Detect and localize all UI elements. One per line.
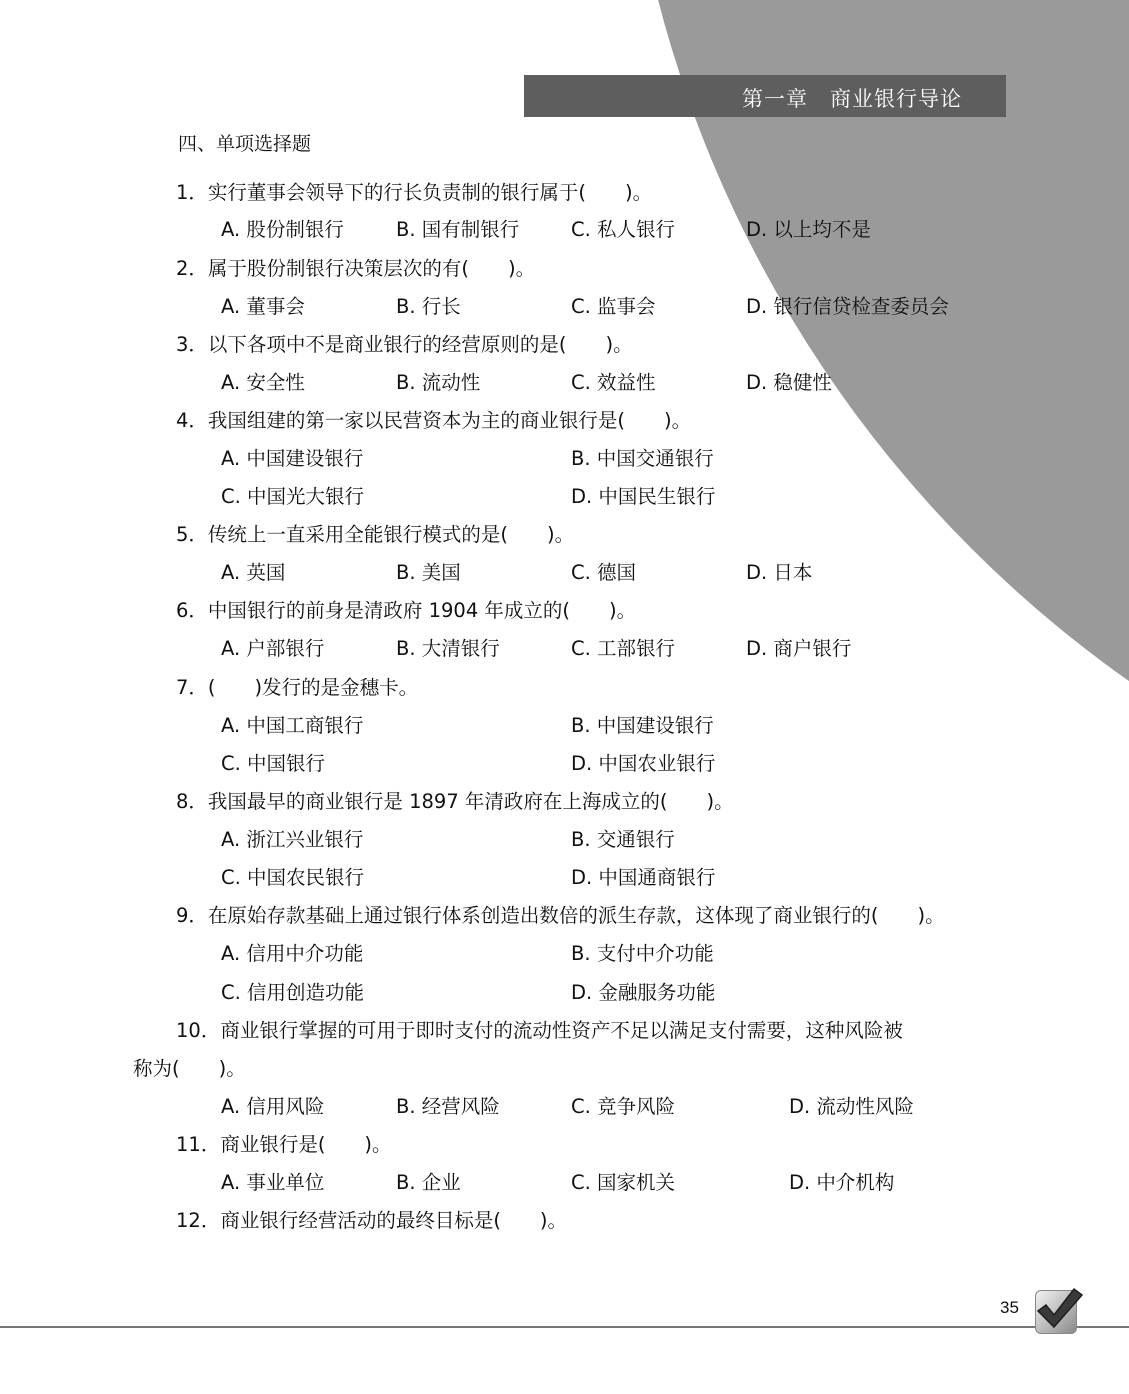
option-a: A. 事业单位 xyxy=(221,1170,324,1196)
question-stem: 7．( )发行的是金穗卡。 xyxy=(176,675,418,701)
question-stem: 2．属于股份制银行决策层次的有( )。 xyxy=(176,256,535,282)
option-d: D. 流动性风险 xyxy=(789,1094,914,1120)
option-c: C. 工部银行 xyxy=(571,636,675,662)
option-a: A. 中国建设银行 xyxy=(221,446,363,472)
option-c: C. 中国银行 xyxy=(221,751,325,777)
chapter-header-bar: 第一章 商业银行导论 xyxy=(524,75,1006,117)
section-heading: 四、单项选择题 xyxy=(178,131,311,157)
question-stem: 6．中国银行的前身是清政府 1904 年成立的( )。 xyxy=(176,598,636,624)
option-a: A. 股份制银行 xyxy=(221,217,344,243)
option-d: D. 中国农业银行 xyxy=(571,751,715,777)
footer-divider xyxy=(0,1326,1129,1328)
option-b: B. 美国 xyxy=(396,560,461,586)
question-stem-continuation: 称为( )。 xyxy=(133,1056,246,1082)
question-stem: 3．以下各项中不是商业银行的经营原则的是( )。 xyxy=(176,332,633,358)
question-stem: 8．我国最早的商业银行是 1897 年清政府在上海成立的( )。 xyxy=(176,789,734,815)
option-c: C. 德国 xyxy=(571,560,636,586)
question-stem: 9．在原始存款基础上通过银行体系创造出数倍的派生存款，这体现了商业银行的( )。 xyxy=(176,903,945,929)
option-b: B. 支付中介功能 xyxy=(571,941,714,967)
option-c: C. 信用创造功能 xyxy=(221,980,364,1006)
option-d: D. 银行信贷检查委员会 xyxy=(746,294,949,320)
option-a: A. 安全性 xyxy=(221,370,305,396)
question-stem: 4．我国组建的第一家以民营资本为主的商业银行是( )。 xyxy=(176,408,691,434)
option-d: D. 以上均不是 xyxy=(746,217,871,243)
option-c: C. 监事会 xyxy=(571,294,656,320)
option-d: D. 日本 xyxy=(746,560,812,586)
option-b: B. 行长 xyxy=(396,294,461,320)
option-d: D. 商户银行 xyxy=(746,636,851,662)
option-b: B. 国有制银行 xyxy=(396,217,519,243)
question-stem: 12．商业银行经营活动的最终目标是( )。 xyxy=(176,1208,567,1234)
option-a: A. 浙江兴业银行 xyxy=(221,827,363,853)
option-c: C. 私人银行 xyxy=(571,217,675,243)
option-b: B. 流动性 xyxy=(396,370,480,396)
checkmark-icon xyxy=(1035,1290,1077,1334)
option-a: A. 中国工商银行 xyxy=(221,713,363,739)
option-a: A. 英国 xyxy=(221,560,285,586)
option-d: D. 金融服务功能 xyxy=(571,980,715,1006)
option-b: B. 交通银行 xyxy=(571,827,675,853)
question-stem: 5．传统上一直采用全能银行模式的是( )。 xyxy=(176,522,574,548)
option-c: C. 效益性 xyxy=(571,370,656,396)
option-b: B. 大清银行 xyxy=(396,636,500,662)
option-c: C. 国家机关 xyxy=(571,1170,675,1196)
option-c: C. 中国农民银行 xyxy=(221,865,364,891)
option-b: B. 企业 xyxy=(396,1170,461,1196)
page-number: 35 xyxy=(1000,1298,1019,1318)
question-stem: 11．商业银行是( )。 xyxy=(176,1132,392,1158)
option-b: B. 中国交通银行 xyxy=(571,446,714,472)
question-stem: 1．实行董事会领导下的行长负责制的银行属于( )。 xyxy=(176,180,652,206)
decorative-arc xyxy=(0,0,1129,1394)
option-a: A. 信用风险 xyxy=(221,1094,324,1120)
option-a: A. 信用中介功能 xyxy=(221,941,363,967)
option-d: D. 中介机构 xyxy=(789,1170,894,1196)
option-b: B. 经营风险 xyxy=(396,1094,500,1120)
chapter-title: 第一章 商业银行导论 xyxy=(742,83,962,113)
question-stem: 10．商业银行掌握的可用于即时支付的流动性资产不足以满足支付需要，这种风险被 xyxy=(176,1018,903,1044)
option-b: B. 中国建设银行 xyxy=(571,713,714,739)
option-a: A. 董事会 xyxy=(221,294,305,320)
option-d: D. 中国民生银行 xyxy=(571,484,715,510)
option-d: D. 稳健性 xyxy=(746,370,832,396)
option-d: D. 中国通商银行 xyxy=(571,865,715,891)
option-c: C. 竞争风险 xyxy=(571,1094,675,1120)
option-a: A. 户部银行 xyxy=(221,636,324,662)
option-c: C. 中国光大银行 xyxy=(221,484,364,510)
